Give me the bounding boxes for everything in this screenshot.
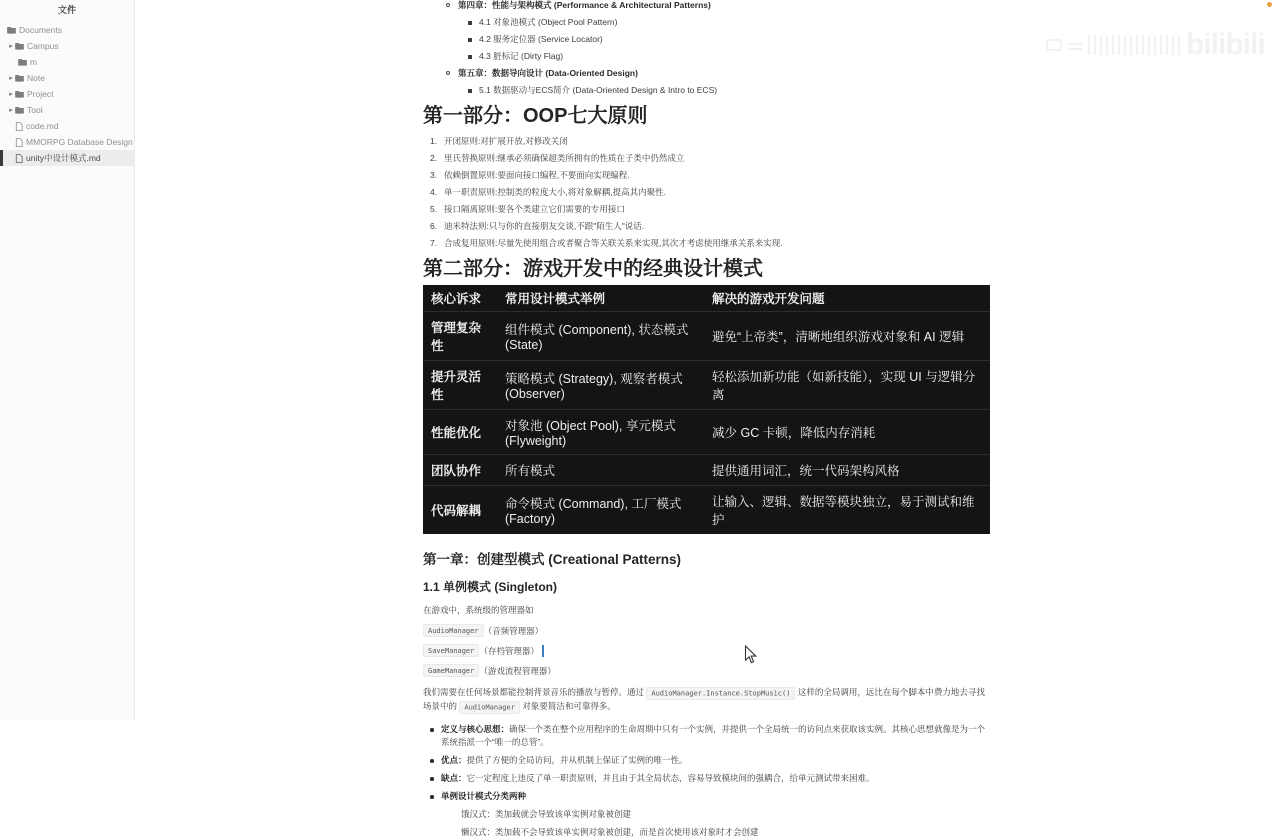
table-cell: 轻松添加新功能（如新技能），实现 UI 与逻辑分离 bbox=[704, 361, 990, 410]
tree-item-label: Note bbox=[27, 73, 45, 83]
singleton-paragraph: 我们需要在任何场景都能控制背景音乐的播放与暂停。通过 AudioManager.… bbox=[423, 686, 990, 714]
manager-desc: （游戏流程管理器） bbox=[479, 665, 556, 677]
table-cell: 让输入、逻辑、数据等模块独立，易于测试和维护 bbox=[704, 486, 990, 535]
bullet-square-icon bbox=[468, 38, 472, 42]
table-header: 常用设计模式举例 bbox=[497, 285, 704, 312]
table-row: 管理复杂性 组件模式 (Component), 状态模式 (State) 避免“… bbox=[423, 312, 990, 361]
chevron-right-icon[interactable]: ▸ bbox=[7, 74, 15, 82]
bullet-square-icon bbox=[468, 89, 472, 93]
table-row: 性能优化 对象池 (Object Pool), 享元模式 (Flyweight)… bbox=[423, 410, 990, 455]
table-cell: 策略模式 (Strategy), 观察者模式 (Observer) bbox=[497, 361, 704, 410]
table-cell: 提供通用词汇，统一代码架构风格 bbox=[704, 455, 990, 486]
folder-icon bbox=[7, 26, 16, 34]
toc-item-label[interactable]: 5.1 数据驱动与ECS简介 (Data-Oriented Design & I… bbox=[479, 85, 717, 95]
table-header: 核心诉求 bbox=[423, 285, 497, 312]
toc-outline-list: 第四章：性能与架构模式 (Performance & Architectural… bbox=[423, 0, 990, 99]
tree-item-label: m bbox=[30, 57, 37, 67]
manager-desc: （存档管理器） bbox=[479, 645, 539, 657]
tree-item-label: Campus bbox=[27, 41, 59, 51]
toc-item: 5.1 数据驱动与ECS简介 (Data-Oriented Design & I… bbox=[423, 82, 990, 99]
inline-code: AudioManager bbox=[423, 624, 484, 637]
tree-item-label: MMORPG Database Design Projec bbox=[26, 137, 134, 147]
bullet-square-icon bbox=[468, 21, 472, 25]
table-row: 团队协作 所有模式 提供通用词汇，统一代码架构风格 bbox=[423, 455, 990, 486]
manager-desc: （音频管理器） bbox=[484, 625, 544, 637]
table-row: 代码解耦 命令模式 (Command), 工厂模式 (Factory) 让输入、… bbox=[423, 486, 990, 535]
tree-item-note[interactable]: ▸ Note bbox=[0, 70, 134, 86]
manager-line: GameManager （游戏流程管理器） bbox=[423, 664, 990, 677]
tree-item-label: code.md bbox=[26, 121, 59, 131]
toc-chapter-label[interactable]: 第四章：性能与架构模式 (Performance & Architectural… bbox=[458, 0, 711, 10]
chevron-right-icon[interactable]: ▸ bbox=[7, 90, 15, 98]
table-cell: 团队协作 bbox=[423, 455, 497, 486]
heading-chapter1: 第一章：创建型模式 (Creational Patterns) bbox=[423, 548, 990, 568]
principle-item: 接口隔离原则:要各个类建立它们需要的专用接口 bbox=[423, 201, 990, 218]
tree-item-label: Tool bbox=[27, 105, 43, 115]
manager-line: AudioManager （音频管理器） bbox=[423, 624, 990, 637]
inline-code: AudioManager bbox=[459, 701, 520, 714]
toc-item: 4.3 脏标记 (Dirty Flag) bbox=[423, 48, 990, 65]
file-icon bbox=[15, 138, 23, 147]
intro-paragraph: 在游戏中，系统级的管理器如 bbox=[423, 604, 990, 617]
tree-item-label: Documents bbox=[19, 25, 62, 35]
paragraph-text: 对象要简洁和可靠得多。 bbox=[520, 701, 616, 711]
tree-item-code-md[interactable]: code.md bbox=[0, 118, 134, 134]
toc-item-label[interactable]: 4.1 对象池模式 (Object Pool Pattern) bbox=[479, 17, 617, 27]
folder-icon bbox=[15, 90, 24, 98]
manager-line: SaveManager （存档管理器） bbox=[423, 644, 990, 657]
selected-indicator-bar bbox=[0, 150, 3, 166]
file-icon bbox=[15, 122, 23, 131]
file-sidebar: 文件 Documents ▸ Campus m ▸ Note ▸ Project… bbox=[0, 0, 135, 720]
toc-item-label[interactable]: 4.3 脏标记 (Dirty Flag) bbox=[479, 51, 563, 61]
oop-principles-list: 开闭原则:对扩展开放,对修改关闭 里氏替换原则:继承必须确保超类所拥有的性质在子… bbox=[423, 133, 990, 252]
toc-item-label[interactable]: 4.2 服务定位器 (Service Locator) bbox=[479, 34, 603, 44]
tree-item-unity-patterns-md[interactable]: unity中设计模式.md bbox=[0, 150, 134, 166]
inline-code: SaveManager bbox=[423, 644, 479, 657]
folder-icon bbox=[18, 58, 27, 66]
sidebar-title: 文件 bbox=[0, 0, 134, 20]
file-icon bbox=[15, 154, 23, 163]
recording-indicator-dot bbox=[1267, 2, 1272, 7]
tree-item-m[interactable]: m bbox=[0, 54, 134, 70]
inline-code: GameManager bbox=[423, 664, 479, 677]
tree-item-label: unity中设计模式.md bbox=[26, 152, 101, 164]
principle-item: 迪米特法则:只与你的直接朋友交谈,不跟"陌生人"说话. bbox=[423, 218, 990, 235]
tree-item-project[interactable]: ▸ Project bbox=[0, 86, 134, 102]
principle-item: 依赖倒置原则:要面向接口编程,不要面向实现编程. bbox=[423, 167, 990, 184]
toc-chapter: 第五章：数据导向设计 (Data-Oriented Design) bbox=[423, 65, 990, 82]
bullet-square-icon bbox=[468, 55, 472, 59]
tree-item-campus[interactable]: ▸ Campus bbox=[0, 38, 134, 54]
principle-item: 开闭原则:对扩展开放,对修改关闭 bbox=[423, 133, 990, 150]
table-cell: 组件模式 (Component), 状态模式 (State) bbox=[497, 312, 704, 361]
editor-pane[interactable]: 第四章：性能与架构模式 (Performance & Architectural… bbox=[136, 0, 1280, 720]
heading-part1: 第一部分：OOP七大原则 bbox=[423, 106, 990, 127]
folder-icon bbox=[15, 42, 24, 50]
file-tree: Documents ▸ Campus m ▸ Note ▸ Project ▸ … bbox=[0, 22, 134, 166]
design-patterns-table: 核心诉求 常用设计模式举例 解决的游戏开发问题 管理复杂性 组件模式 (Comp… bbox=[423, 285, 990, 534]
tree-item-documents[interactable]: Documents bbox=[0, 22, 134, 38]
tree-item-mmorpg-md[interactable]: MMORPG Database Design Projec bbox=[0, 134, 134, 150]
table-cell: 提升灵活性 bbox=[423, 361, 497, 410]
text-caret bbox=[542, 645, 544, 657]
table-cell: 代码解耦 bbox=[423, 486, 497, 535]
table-row: 提升灵活性 策略模式 (Strategy), 观察者模式 (Observer) … bbox=[423, 361, 990, 410]
toc-chapter-label[interactable]: 第五章：数据导向设计 (Data-Oriented Design) bbox=[458, 68, 638, 78]
bullet-circle-icon bbox=[446, 71, 450, 75]
chevron-right-icon[interactable]: ▸ bbox=[7, 106, 15, 114]
principle-item: 里氏替换原则:继承必须确保超类所拥有的性质在子类中仍然成立 bbox=[423, 150, 990, 167]
toc-chapter: 第四章：性能与架构模式 (Performance & Architectural… bbox=[423, 0, 990, 14]
table-cell: 对象池 (Object Pool), 享元模式 (Flyweight) bbox=[497, 410, 704, 455]
tree-item-label: Project bbox=[27, 89, 53, 99]
chevron-right-icon[interactable]: ▸ bbox=[7, 42, 15, 50]
table-header-row: 核心诉求 常用设计模式举例 解决的游戏开发问题 bbox=[423, 285, 990, 312]
markdown-document[interactable]: 第四章：性能与架构模式 (Performance & Architectural… bbox=[423, 0, 990, 720]
principle-item: 单一职责原则:控制类的粒度大小,将对象解耦,提高其内聚性. bbox=[423, 184, 990, 201]
toc-item: 4.2 服务定位器 (Service Locator) bbox=[423, 31, 990, 48]
table-cell: 所有模式 bbox=[497, 455, 704, 486]
table-cell: 命令模式 (Command), 工厂模式 (Factory) bbox=[497, 486, 704, 535]
table-header: 解决的游戏开发问题 bbox=[704, 285, 990, 312]
table-cell: 减少 GC 卡顿，降低内存消耗 bbox=[704, 410, 990, 455]
tree-item-tool[interactable]: ▸ Tool bbox=[0, 102, 134, 118]
folder-icon bbox=[15, 74, 24, 82]
principle-item: 合成复用原则:尽量先使用组合或者聚合等关联关系来实现,其次才考虑使用继承关系来实… bbox=[423, 235, 990, 252]
inline-code: AudioManager.Instance.StopMusic() bbox=[646, 687, 795, 700]
table-cell: 性能优化 bbox=[423, 410, 497, 455]
paragraph-text: 我们需要在任何场景都能控制背景音乐的播放与暂停。通过 bbox=[423, 687, 646, 697]
toc-item: 4.1 对象池模式 (Object Pool Pattern) bbox=[423, 14, 990, 31]
heading-part2: 第二部分：游戏开发中的经典设计模式 bbox=[423, 259, 990, 280]
folder-icon bbox=[15, 106, 24, 114]
table-cell: 避免“上帝类”，清晰地组织游戏对象和 AI 逻辑 bbox=[704, 312, 990, 361]
table-cell: 管理复杂性 bbox=[423, 312, 497, 361]
bullet-circle-icon bbox=[446, 3, 450, 7]
heading-section-1-1: 1.1 单例模式 (Singleton) bbox=[423, 578, 990, 595]
